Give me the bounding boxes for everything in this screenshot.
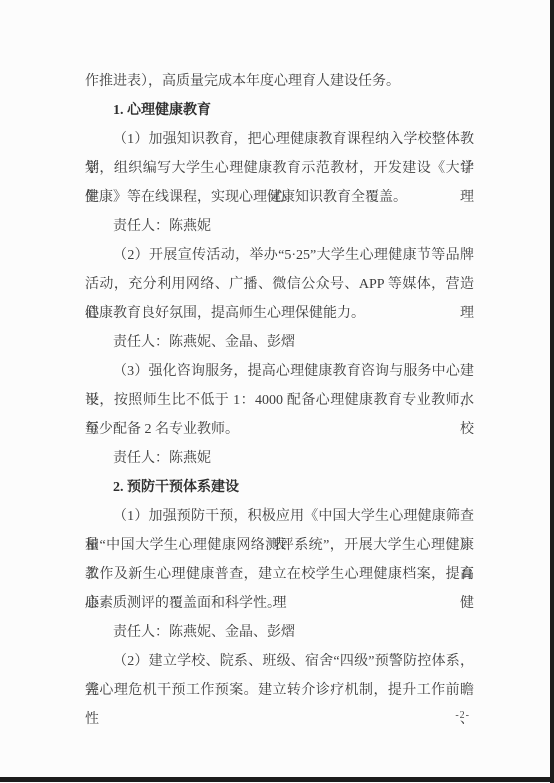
doc-line-continuation: 作推进表），高质量完成本年度心理育人建设任务。 <box>85 67 474 96</box>
paragraph-line: 划，组织编写大学生心理健康教育示范教材，开发建设《大学生心理 <box>85 154 474 183</box>
paragraph-line: 和“中国大学生心理健康网络测评系统”，开展大学生心理健康教育 <box>85 531 474 560</box>
paragraph-line: （1）加强知识教育，把心理健康教育课程纳入学校整体教学计 <box>85 125 474 154</box>
section-heading-1: 1. 心理健康教育 <box>85 96 474 125</box>
paragraph-line: 善心理危机干预工作预案。建立转介诊疗机制，提升工作前瞻性、 <box>85 676 474 705</box>
paragraph-line: 工作及新生心理健康普查，建立在校学生心理健康档案，提高心理健 <box>85 560 474 589</box>
responsible-person-line: 责任人：陈燕妮 <box>85 212 474 241</box>
document-text-block: 作推进表），高质量完成本年度心理育人建设任务。 1. 心理健康教育 （1）加强知… <box>85 67 474 705</box>
paragraph-line: （2）建立学校、院系、班级、宿舍“四级”预警防控体系，完 <box>85 647 474 676</box>
scan-edge-right <box>550 0 554 783</box>
section-heading-2: 2. 预防干预体系建设 <box>85 473 474 502</box>
paragraph-line: （1）加强预防干预，积极应用《中国大学生心理健康筛查量表》 <box>85 502 474 531</box>
paragraph-line: 平，按照师生比不低于 1：4000 配备心理健康教育专业教师，每校 <box>85 386 474 415</box>
responsible-person-line: 责任人：陈燕妮 <box>85 444 474 473</box>
page-number: -2- <box>85 710 474 721</box>
responsible-person-line: 责任人：陈燕妮、金晶、彭熠 <box>85 328 474 357</box>
responsible-person-line: 责任人：陈燕妮、金晶、彭熠 <box>85 618 474 647</box>
paragraph-line: （3）强化咨询服务，提高心理健康教育咨询与服务中心建设水 <box>85 357 474 386</box>
document-page: 作推进表），高质量完成本年度心理育人建设任务。 1. 心理健康教育 （1）加强知… <box>0 0 554 783</box>
paragraph-line: 活动，充分利用网络、广播、微信公众号、APP 等媒体，营造心理 <box>85 270 474 299</box>
paragraph-line: （2）开展宣传活动，举办“5·25”大学生心理健康节等品牌 <box>85 241 474 270</box>
scan-edge-bottom <box>0 777 554 782</box>
